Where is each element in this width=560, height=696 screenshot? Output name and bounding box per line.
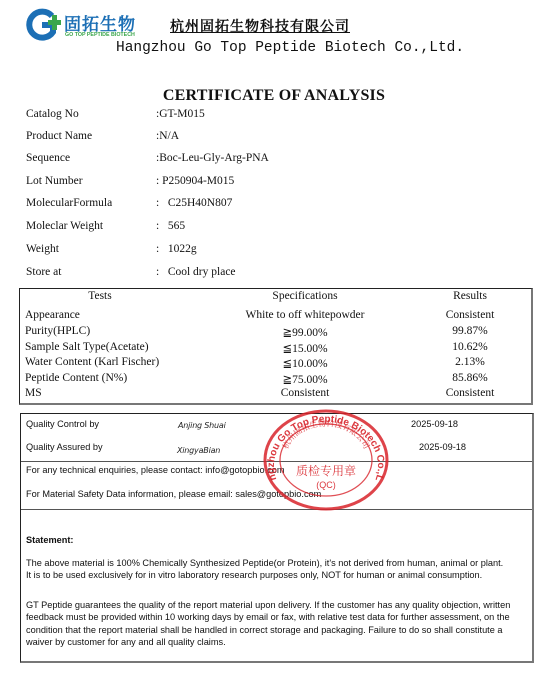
info-label: Weight: [26, 243, 59, 255]
statement-line-1: The above material is 100% Chemically Sy…: [26, 558, 503, 568]
info-value: : Cool dry place: [156, 266, 236, 278]
info-label: Moleclar Weight: [26, 220, 103, 232]
document-title: CERTIFICATE OF ANALYSIS: [0, 87, 548, 105]
gt-logo-icon: [26, 8, 62, 42]
info-value: : 1022g: [156, 243, 197, 255]
info-label: MolecularFormula: [26, 197, 112, 209]
test-name: Appearance: [25, 309, 80, 321]
column-header-tests: Tests: [20, 290, 180, 302]
test-result: 99.87%: [420, 325, 520, 337]
test-name: Sample Salt Type(Acetate): [25, 341, 149, 353]
qc-date: 2025-09-18: [411, 419, 458, 429]
test-result: Consistent: [420, 387, 520, 399]
info-label: Sequence: [26, 152, 70, 164]
qc-label: Quality Control by: [26, 419, 99, 429]
table-row: Peptide Content (N%) ≧75.00% 85.86%: [20, 372, 531, 387]
info-value: : C25H40N807: [156, 197, 232, 209]
qc-signature: Anjing Shuai: [178, 421, 226, 430]
column-header-results: Results: [420, 290, 520, 302]
test-spec: ≧99.00%: [210, 325, 400, 339]
qa-label: Quality Assured by: [26, 442, 103, 452]
qc-stamp-icon: Hangzhou Go Top Peptide Biotech Co.,Ltd.…: [262, 408, 390, 512]
test-result: Consistent: [420, 309, 520, 321]
info-value: :Boc-Leu-Gly-Arg-PNA: [156, 152, 269, 164]
info-value: :N/A: [156, 130, 179, 142]
logo-brand-en: GO TOP PEPTIDE BIOTECH: [65, 32, 135, 38]
table-row: MS Consistent Consistent: [20, 387, 531, 402]
table-row: Water Content (Karl Fischer) ≦10.00% 2.1…: [20, 356, 531, 371]
statement-heading: Statement:: [26, 535, 73, 545]
table-header-row: Tests Specifications Results: [20, 290, 531, 305]
test-name: Water Content (Karl Fischer): [25, 356, 159, 368]
test-spec: ≦10.00%: [210, 356, 400, 370]
company-name-cn: 杭州固拓生物科技有限公司: [170, 16, 350, 36]
info-label: Lot Number: [26, 175, 83, 187]
stamp-sub-text: (QC): [316, 480, 336, 490]
test-name: Purity(HPLC): [25, 325, 90, 337]
test-result: 85.86%: [420, 372, 520, 384]
company-name-en: Hangzhou Go Top Peptide Biotech Co.,Ltd.: [116, 40, 464, 56]
info-value: :GT-M015: [156, 108, 205, 120]
test-name: MS: [25, 387, 42, 399]
column-header-specifications: Specifications: [210, 290, 400, 302]
stamp-center-text: 质检专用章: [296, 463, 356, 478]
qa-signature: XingyaBian: [177, 446, 220, 455]
test-result: 2.13%: [420, 356, 520, 368]
company-logo: 固拓生物 GO TOP PEPTIDE BIOTECH: [26, 8, 146, 44]
test-name: Peptide Content (N%): [25, 372, 127, 384]
qa-date: 2025-09-18: [419, 442, 466, 452]
info-label: Store at: [26, 266, 61, 278]
info-label: Product Name: [26, 130, 92, 142]
statement-line-2: It is to be used exclusively for in vitr…: [26, 570, 482, 580]
test-spec: Consistent: [210, 387, 400, 399]
info-value: : 565: [156, 220, 185, 232]
table-row: Appearance White to off whitepowder Cons…: [20, 309, 531, 324]
technical-contact: For any technical enquiries, please cont…: [26, 465, 285, 475]
info-value: : P250904-M015: [156, 175, 234, 187]
test-result: 10.62%: [420, 341, 520, 353]
table-row: Sample Salt Type(Acetate) ≦15.00% 10.62%: [20, 341, 531, 356]
table-row: Purity(HPLC) ≧99.00% 99.87%: [20, 325, 531, 340]
info-label: Catalog No: [26, 108, 79, 120]
test-spec: White to off whitepowder: [210, 309, 400, 321]
test-spec: ≦15.00%: [210, 341, 400, 355]
test-results-table: Tests Specifications Results Appearance …: [19, 288, 533, 405]
test-spec: ≧75.00%: [210, 372, 400, 386]
quality-guarantee-paragraph: GT Peptide guarantees the quality of the…: [26, 599, 531, 648]
